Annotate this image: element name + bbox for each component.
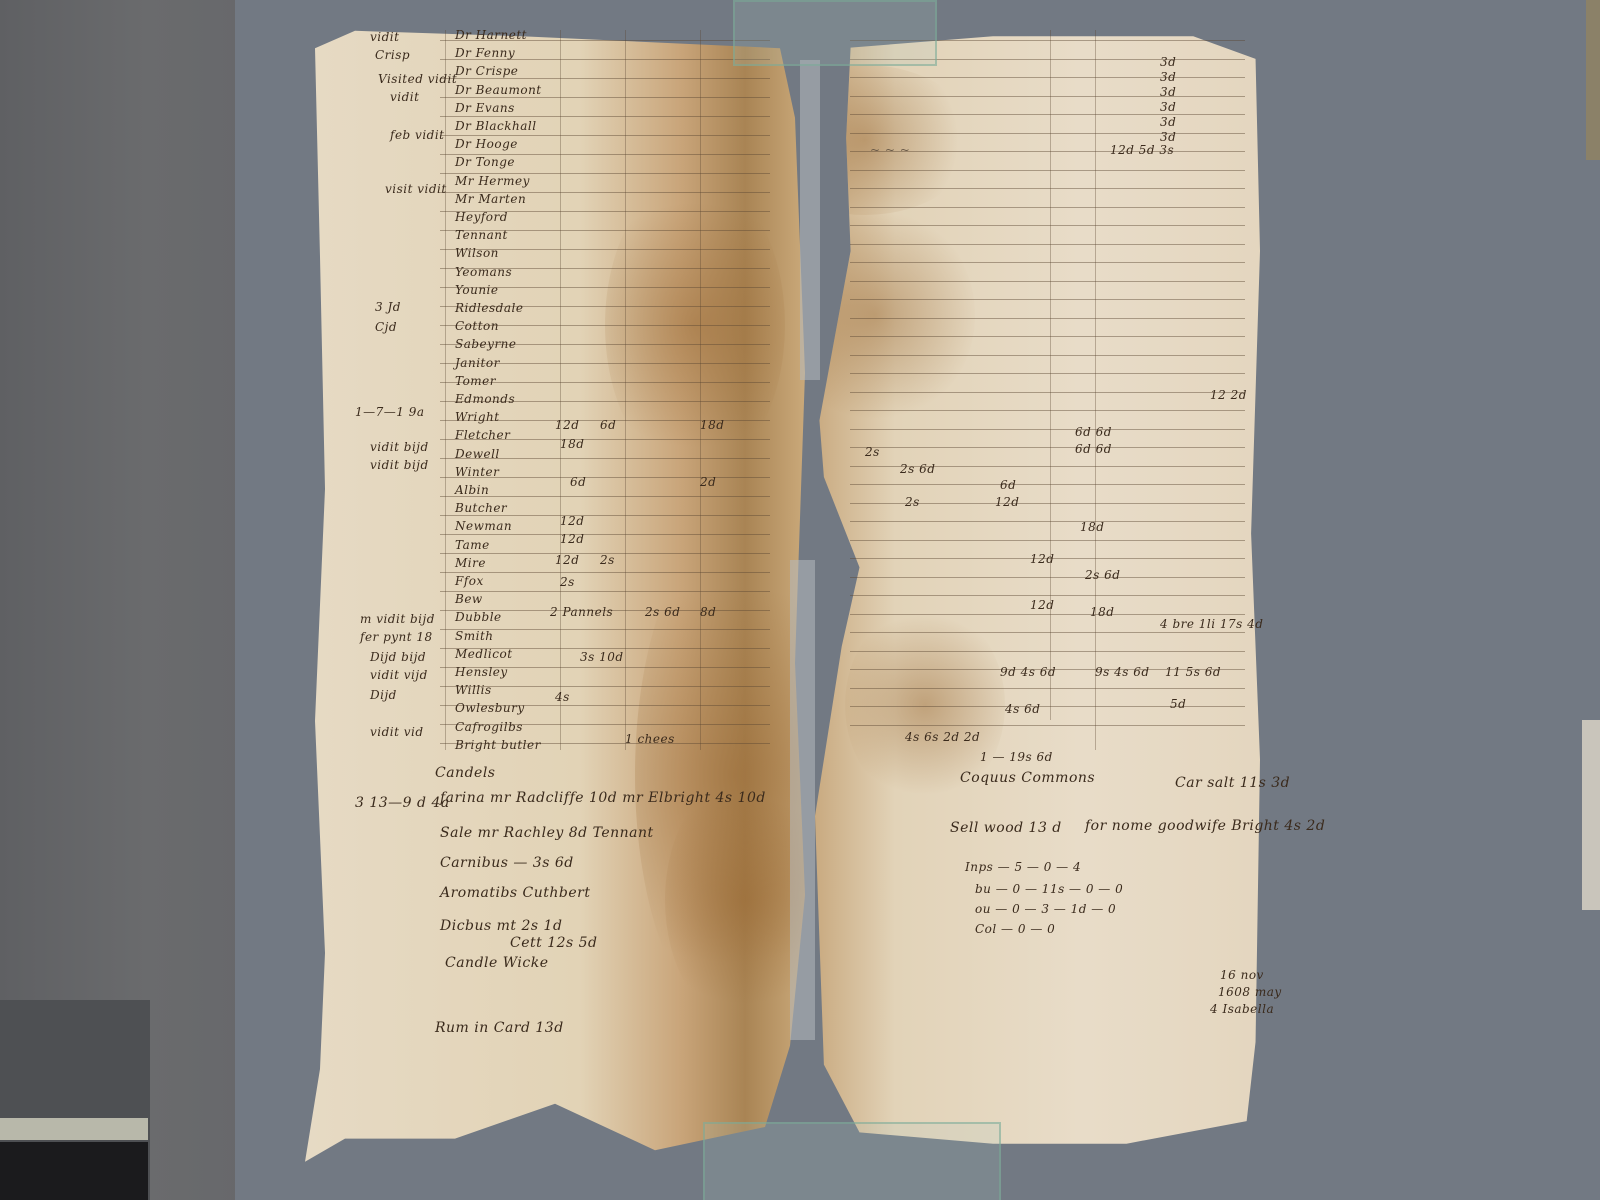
margin-note: Crisp <box>375 48 410 62</box>
margin-note: feb vidit <box>390 128 445 142</box>
ledger-name: Dr Crispe <box>455 64 518 78</box>
ledger-name: Tomer <box>455 374 496 388</box>
amount: 4s 6d <box>1005 702 1040 716</box>
ledger-name: Newman <box>455 519 512 533</box>
amount: 6d 6d <box>1075 442 1112 456</box>
repair-tape <box>790 560 815 1040</box>
ledger-name: Ffox <box>455 574 484 588</box>
amount: 4s <box>555 690 570 704</box>
ledger-name: Dr Tonge <box>455 155 515 169</box>
amount: 4 bre 1li 17s 4d <box>1160 617 1263 631</box>
amount: 6d 6d <box>1075 425 1112 439</box>
amount: 12d <box>1030 598 1054 612</box>
ledger-name: Winter <box>455 465 499 479</box>
ledger-name: Janitor <box>455 356 500 370</box>
amount: 3d <box>1160 70 1176 84</box>
ledger-name: Smith <box>455 629 494 643</box>
amount: 3d <box>1160 85 1176 99</box>
amount: 12d <box>1030 552 1054 566</box>
amount: 12d <box>555 418 579 432</box>
tally-line: Inps — 5 — 0 — 4 <box>965 860 1081 874</box>
amount: 12d <box>560 514 584 528</box>
footer-entry: Aromatibs Cuthbert <box>440 885 591 901</box>
margin-note: Dijd bijd <box>370 650 426 664</box>
footer-entry: 1608 may <box>1218 985 1282 999</box>
footer-entry: Sale mr Rachley 8d Tennant <box>440 825 654 841</box>
amount: 18d <box>1080 520 1104 534</box>
footer-entry: Car salt 11s 3d <box>1175 775 1290 791</box>
glass-weight-bottom <box>703 1122 1001 1200</box>
ledger-name: Owlesbury <box>455 701 525 715</box>
amount: 11 5s 6d <box>1165 665 1221 679</box>
ledger-name: Wright <box>455 410 500 424</box>
footer-entry: farina mr Radcliffe 10d mr Elbright 4s 1… <box>440 790 766 806</box>
margin-note: Cjd <box>375 320 397 334</box>
repair-tape <box>800 60 820 380</box>
amount: 3d <box>1160 130 1176 144</box>
column-rule <box>1095 30 1096 750</box>
ledger-name: Dr Harnett <box>455 28 527 42</box>
amount: 3d <box>1160 115 1176 129</box>
amount: 18d <box>700 418 724 432</box>
ledger-name: Edmonds <box>455 392 515 406</box>
ledger-name: Mire <box>455 556 486 570</box>
ledger-name: Dr Fenny <box>455 46 515 60</box>
ledger-name: Dubble <box>455 610 502 624</box>
amount: 12 2d <box>1210 388 1247 402</box>
ledger-name: Tame <box>455 538 490 552</box>
margin-note: vidit <box>370 30 399 44</box>
amount: 6d <box>600 418 616 432</box>
ledger-name: Younie <box>455 283 499 297</box>
footer-entry: Dicbus mt 2s 1d <box>440 918 562 934</box>
amount: 3d <box>1160 100 1176 114</box>
column-rule <box>445 30 446 750</box>
footer-entry: Rum in Card 13d <box>435 1020 564 1036</box>
tally-line: ou — 0 — 3 — 1d — 0 <box>975 902 1116 916</box>
amount: 12d <box>560 532 584 546</box>
amount: 3s 10d <box>580 650 624 664</box>
footer-entry: 16 nov <box>1220 968 1264 982</box>
amount: 2s 6d <box>900 462 935 476</box>
ledger-name: Cafrogilbs <box>455 720 523 734</box>
margin-note: vidit vijd <box>370 668 428 682</box>
amount: 2s <box>905 495 920 509</box>
margin-note: 3 Jd <box>375 300 401 314</box>
margin-note: visit vidit <box>385 182 447 196</box>
ruler-edge <box>1586 0 1600 160</box>
amount: 12d 5d 3s <box>1110 143 1174 157</box>
label-edge <box>1582 720 1600 910</box>
column-rule <box>1050 30 1051 720</box>
margin-note: vidit bijd <box>370 458 429 472</box>
margin-note: Dijd <box>370 688 397 702</box>
ledger-name: Heyford <box>455 210 508 224</box>
amount: 12d <box>555 553 579 567</box>
ledger-name: Mr Hermey <box>455 174 530 188</box>
amount: 18d <box>560 437 584 451</box>
ledger-name: Albin <box>455 483 489 497</box>
amount: 9d 4s 6d <box>1000 665 1056 679</box>
amount: 3d <box>1160 55 1176 69</box>
ledger-name: Sabeyrne <box>455 337 517 351</box>
margin-note: fer pynt 18 <box>360 630 433 644</box>
ledger-name: Dr Blackhall <box>455 119 537 133</box>
margin-note: 1—7—1 9a <box>355 405 425 419</box>
ledger-name: Ridlesdale <box>455 301 523 315</box>
margin-note: vidit bijd <box>370 440 429 454</box>
amount: 8d <box>700 605 716 619</box>
ledger-name: Dr Hooge <box>455 137 518 151</box>
amount: 6d <box>570 475 586 489</box>
ledger-name: Butcher <box>455 501 507 515</box>
glass-weight-top <box>733 0 937 66</box>
ledger-name: Dr Beaumont <box>455 83 542 97</box>
ledger-name: Cotton <box>455 319 499 333</box>
amount: 9s 4s 6d <box>1095 665 1150 679</box>
ledger-name: Medlicot <box>455 647 513 661</box>
amount: 2s <box>560 575 575 589</box>
ledger-name: Fletcher <box>455 428 510 442</box>
amount: 2d <box>700 475 716 489</box>
footer-entry: Cett 12s 5d <box>510 935 598 951</box>
ledger-name: Dewell <box>455 447 500 461</box>
tally-line: bu — 0 — 11s — 0 — 0 <box>975 882 1123 896</box>
ledger-name: Hensley <box>455 665 508 679</box>
tally-line: Col — 0 — 0 <box>975 922 1055 936</box>
margin-note: 3 13—9 d 4a <box>355 795 450 811</box>
margin-note: Visited vidit <box>378 72 457 86</box>
amount: 2 Pannels <box>550 605 613 619</box>
amount: 1 — 19s 6d <box>980 750 1053 764</box>
amount: 12d <box>995 495 1019 509</box>
column-rule <box>625 30 626 750</box>
margin-note: vidit <box>390 90 419 104</box>
amount: 2s <box>600 553 615 567</box>
margin-note: m vidit bijd <box>360 612 435 626</box>
ledger-name: Dr Evans <box>455 101 515 115</box>
footer-entry: Carnibus — 3s 6d <box>440 855 574 871</box>
background-shadow <box>0 1142 148 1200</box>
ledger-name: Mr Marten <box>455 192 526 206</box>
footer-entry: for nome goodwife Bright 4s 2d <box>1085 818 1325 834</box>
ledger-name: Yeomans <box>455 265 512 279</box>
ledger-name: Bright butler <box>455 738 541 752</box>
ledger-name: Willis <box>455 683 492 697</box>
manuscript-right-half <box>815 25 1260 1155</box>
entry-text: ~ ~ ~ <box>870 143 910 157</box>
amount: 6d <box>1000 478 1016 492</box>
column-rule <box>700 30 701 750</box>
column-rule <box>560 30 561 750</box>
amount: 18d <box>1090 605 1114 619</box>
footer-entry: 4 Isabella <box>1210 1002 1274 1016</box>
footer-entry: Sell wood 13 d <box>950 820 1062 836</box>
amount: 4s 6s 2d 2d <box>905 730 980 744</box>
amount: 2s 6d <box>645 605 680 619</box>
amount: 5d <box>1170 697 1186 711</box>
ledger-name: Tennant <box>455 228 508 242</box>
ledger-name: Wilson <box>455 246 499 260</box>
amount: 1 chees <box>625 732 675 746</box>
background-ledge <box>0 1118 148 1140</box>
footer-entry: Coquus Commons <box>960 770 1095 786</box>
footer-entry: Candle Wicke <box>445 955 548 971</box>
margin-note: vidit vid <box>370 725 424 739</box>
ledger-name: Bew <box>455 592 483 606</box>
footer-entry: Candels <box>435 765 495 781</box>
amount: 2s <box>865 445 880 459</box>
amount: 2s 6d <box>1085 568 1120 582</box>
